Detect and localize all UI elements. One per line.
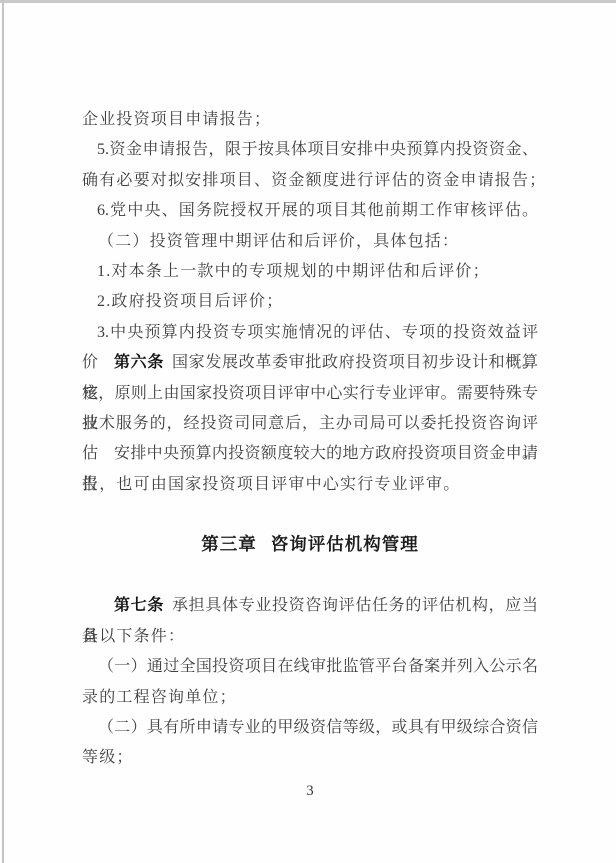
document-page: 企业投资项目申请报告； 5.资金申请报告，限于按具体项目安排中央预算内投资资金、…	[0, 0, 616, 863]
text-line: 2.政府投资项目后评价；	[82, 287, 538, 317]
text-line: 定，原则上由国家投资项目评审中心实行专业评审。需要特殊专业	[82, 379, 538, 409]
page-number: 3	[82, 777, 538, 805]
text-line: （二）具有所申请专业的甲级资信等级，或具有甲级综合资信	[82, 713, 538, 743]
text-line: 等级；	[82, 743, 538, 773]
chapter-number: 第三章	[201, 534, 257, 554]
scan-edge-left	[2, 0, 4, 863]
text-line: 告，也可由国家投资项目评审中心实行专业评审。	[82, 470, 538, 500]
document-content: 企业投资项目申请报告； 5.资金申请报告，限于按具体项目安排中央预算内投资资金、…	[82, 0, 538, 805]
text-line: 备以下条件：	[82, 622, 538, 652]
article-number-bold: 第六条	[114, 354, 164, 371]
text-line: 6.党中央、国务院授权开展的项目其他前期工作审核评估。	[82, 196, 538, 226]
text-line: 企业投资项目申请报告；	[82, 105, 538, 135]
text-line: 安排中央预算内投资额度较大的地方政府投资项目资金申请报	[82, 439, 538, 469]
text-line: 确有必要对拟安排项目、资金额度进行评估的资金申请报告；	[82, 166, 538, 196]
article-6-heading-line: 第六条国家发展改革委审批政府投资项目初步设计和概算核	[82, 348, 538, 378]
text-line: （二）投资管理中期评估和后评价，具体包括：	[82, 227, 538, 257]
text-line: 技术服务的，经投资司同意后，主办司局可以委托投资咨询评估。	[82, 409, 538, 439]
article-number-bold: 第七条	[114, 597, 164, 614]
text-line: 3.中央预算内投资专项实施情况的评估、专项的投资效益评价。	[82, 318, 538, 348]
text-line: 1.对本条上一款中的专项规划的中期评估和后评价；	[82, 257, 538, 287]
chapter-heading: 第三章咨询评估机构管理	[82, 529, 538, 559]
text-line: 5.资金申请报告，限于按具体项目安排中央预算内投资资金、	[82, 135, 538, 165]
text-line: （一）通过全国投资项目在线审批监管平台备案并列入公示名	[82, 652, 538, 682]
article-7-heading-line: 第七条承担具体专业投资咨询评估任务的评估机构，应当具	[82, 591, 538, 621]
chapter-title: 咨询评估机构管理	[271, 534, 419, 554]
text-line: 录的工程咨询单位；	[82, 683, 538, 713]
